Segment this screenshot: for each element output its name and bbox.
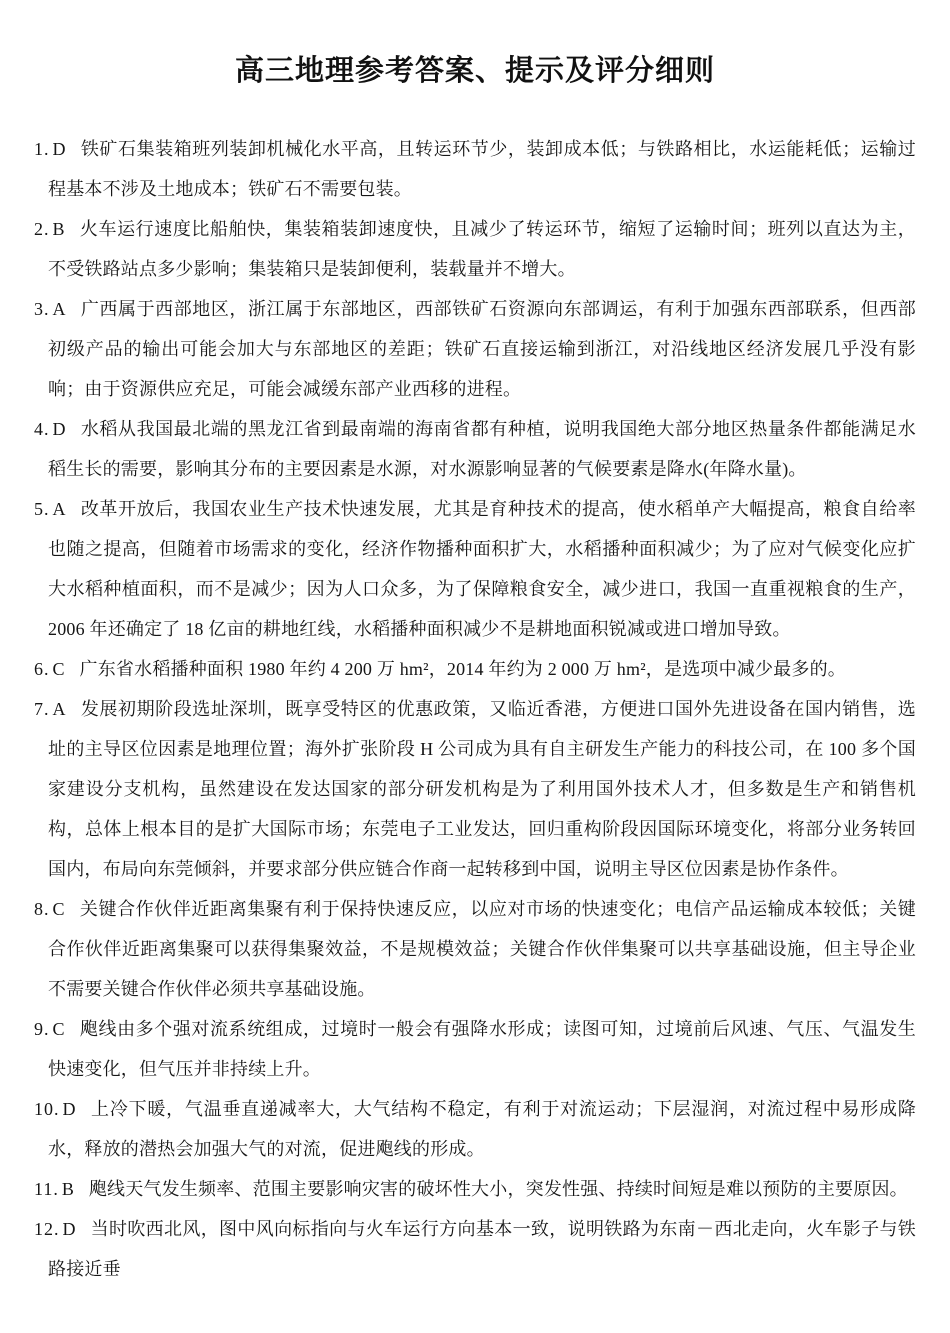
item-number: 2. [34, 219, 50, 239]
answer-list: 1.D铁矿石集装箱班列装卸机械化水平高，且转运环节少，装卸成本低；与铁路相比，水… [34, 129, 916, 1289]
item-text: 广西属于西部地区，浙江属于东部地区，西部铁矿石资源向东部调运，有利于加强东西部联… [48, 299, 916, 399]
item-answer: B [62, 1179, 74, 1199]
item-answer: C [53, 659, 65, 679]
document-page: 高三地理参考答案、提示及评分细则 1.D铁矿石集装箱班列装卸机械化水平高，且转运… [0, 0, 950, 1333]
item-answer: A [53, 699, 66, 719]
item-number: 4. [34, 419, 50, 439]
item-answer: D [53, 139, 66, 159]
item-text: 当时吹西北风，图中风向标指向与火车运行方向基本一致，说明铁路为东南－西北走向，火… [48, 1219, 916, 1279]
item-number: 7. [34, 699, 50, 719]
item-text: 关键合作伙伴近距离集聚有利于保持快速反应，以应对市场的快速变化；电信产品运输成本… [48, 899, 916, 999]
answer-item-10: 10.D上冷下暖，气温垂直递减率大，大气结构不稳定，有利于对流运动；下层湿润，对… [34, 1089, 916, 1169]
answer-item-2: 2.B火车运行速度比船舶快，集装箱装卸速度快，且减少了转运环节，缩短了运输时间；… [34, 209, 916, 289]
item-number: 9. [34, 1019, 50, 1039]
item-text: 改革开放后，我国农业生产技术快速发展，尤其是育种技术的提高，使水稻单产大幅提高，… [48, 499, 916, 639]
item-answer: A [53, 299, 66, 319]
item-text: 发展初期阶段选址深圳，既享受特区的优惠政策，又临近香港，方便进口国外先进设备在国… [48, 699, 916, 879]
item-text: 火车运行速度比船舶快，集装箱装卸速度快，且减少了转运环节，缩短了运输时间；班列以… [48, 219, 916, 279]
item-number: 12. [34, 1219, 60, 1239]
answer-item-9: 9.C飑线由多个强对流系统组成，过境时一般会有强降水形成；读图可知，过境前后风速… [34, 1009, 916, 1089]
answer-item-3: 3.A广西属于西部地区，浙江属于东部地区，西部铁矿石资源向东部调运，有利于加强东… [34, 289, 916, 409]
item-text: 水稻从我国最北端的黑龙江省到最南端的海南省都有种植，说明我国绝大部分地区热量条件… [48, 419, 916, 479]
page-title: 高三地理参考答案、提示及评分细则 [34, 48, 916, 89]
answer-item-7: 7.A发展初期阶段选址深圳，既享受特区的优惠政策，又临近香港，方便进口国外先进设… [34, 689, 916, 889]
item-text: 广东省水稻播种面积 1980 年约 4 200 万 hm²，2014 年约为 2… [80, 659, 847, 679]
answer-item-11: 11.B飑线天气发生频率、范围主要影响灾害的破坏性大小，突发性强、持续时间短是难… [34, 1169, 916, 1209]
item-text: 飑线由多个强对流系统组成，过境时一般会有强降水形成；读图可知，过境前后风速、气压… [48, 1019, 916, 1079]
item-answer: D [63, 1099, 76, 1119]
answer-item-4: 4.D水稻从我国最北端的黑龙江省到最南端的海南省都有种植，说明我国绝大部分地区热… [34, 409, 916, 489]
item-answer: B [53, 219, 65, 239]
item-answer: C [53, 899, 65, 919]
item-number: 5. [34, 499, 50, 519]
item-number: 8. [34, 899, 50, 919]
answer-item-8: 8.C关键合作伙伴近距离集聚有利于保持快速反应，以应对市场的快速变化；电信产品运… [34, 889, 916, 1009]
item-answer: C [53, 1019, 65, 1039]
item-number: 6. [34, 659, 50, 679]
item-text: 飑线天气发生频率、范围主要影响灾害的破坏性大小，突发性强、持续时间短是难以预防的… [89, 1179, 908, 1199]
answer-item-5: 5.A改革开放后，我国农业生产技术快速发展，尤其是育种技术的提高，使水稻单产大幅… [34, 489, 916, 649]
item-answer: A [53, 499, 66, 519]
answer-item-6: 6.C广东省水稻播种面积 1980 年约 4 200 万 hm²，2014 年约… [34, 649, 916, 689]
item-text: 上冷下暖，气温垂直递减率大，大气结构不稳定，有利于对流运动；下层湿润，对流过程中… [48, 1099, 916, 1159]
answer-item-1: 1.D铁矿石集装箱班列装卸机械化水平高，且转运环节少，装卸成本低；与铁路相比，水… [34, 129, 916, 209]
item-number: 1. [34, 139, 50, 159]
answer-item-12: 12.D当时吹西北风，图中风向标指向与火车运行方向基本一致，说明铁路为东南－西北… [34, 1209, 916, 1289]
item-answer: D [53, 419, 66, 439]
item-text: 铁矿石集装箱班列装卸机械化水平高，且转运环节少，装卸成本低；与铁路相比，水运能耗… [48, 139, 916, 199]
item-answer: D [63, 1219, 76, 1239]
item-number: 3. [34, 299, 50, 319]
item-number: 10. [34, 1099, 60, 1119]
item-number: 11. [34, 1179, 59, 1199]
